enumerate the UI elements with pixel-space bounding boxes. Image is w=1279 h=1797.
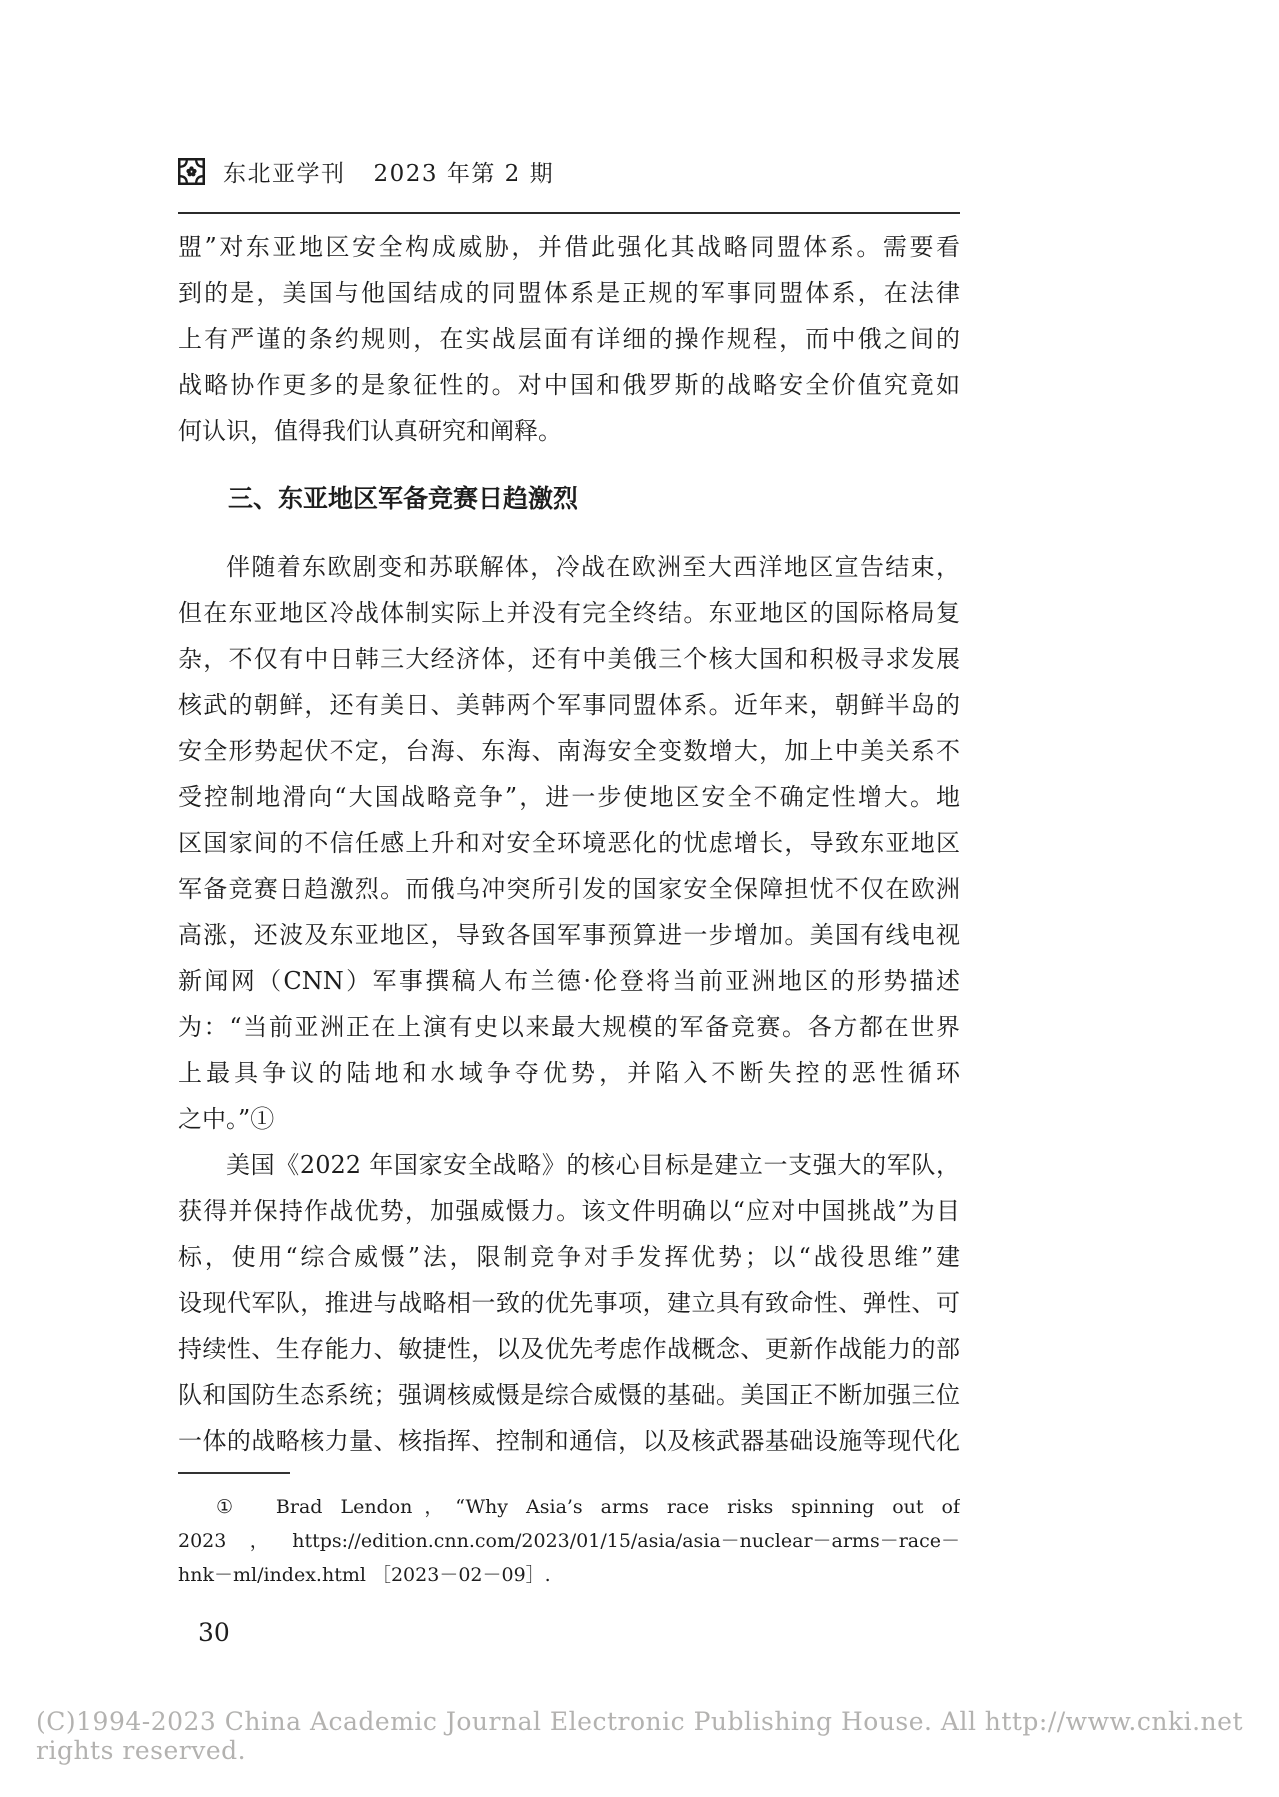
watermark-footer: (C)1994-2023 China Academic Journal Elec… <box>0 1707 1279 1765</box>
text-line: 何认识，值得我们认真研究和阐释。 <box>178 408 960 454</box>
text-line: 战略协作更多的是象征性的。对中国和俄罗斯的战略安全价值究竟如 <box>178 362 960 408</box>
paragraph-nss-2022: 美国《2022 年国家安全战略》的核心目标是建立一支强大的军队，获得并保持作战优… <box>178 1142 960 1464</box>
text-line: 新闻网（CNN）军事撰稿人布兰德·伦登将当前亚洲地区的形势描述 <box>178 958 960 1004</box>
copyright-text: (C)1994-2023 China Academic Journal Elec… <box>36 1707 985 1765</box>
text-line: 区国家间的不信任感上升和对安全环境恶化的忧虑增长，导致东亚地区 <box>178 820 960 866</box>
text-line: 核武的朝鲜，还有美日、美韩两个军事同盟体系。近年来，朝鲜半岛的 <box>178 682 960 728</box>
page-content: 东北亚学刊 2023 年第 2 期 盟”对东亚地区安全构成威胁，并借此强化其战略… <box>178 155 960 1647</box>
text-line: 伴随着东欧剧变和苏联解体，冷战在欧洲至大西洋地区宣告结束， <box>178 544 960 590</box>
text-line: 获得并保持作战优势，加强威慑力。该文件明确以“应对中国挑战”为目 <box>178 1188 960 1234</box>
footnote-separator <box>178 1472 290 1474</box>
text-line: 受控制地滑向“大国战略竞争”，进一步使地区安全不确定性增大。地 <box>178 774 960 820</box>
journal-issue: 2023 年第 2 期 <box>374 155 555 188</box>
lattice-seal-icon <box>178 158 205 185</box>
footnote-line: ① Brad Lendon，“Why Asia’s arms race risk… <box>178 1490 960 1524</box>
text-line: 军备竞赛日趋激烈。而俄乌冲突所引发的国家安全保障担忧不仅在欧洲 <box>178 866 960 912</box>
journal-name: 东北亚学刊 <box>223 155 346 188</box>
text-line: 高涨，还波及东亚地区，导致各国军事预算进一步增加。美国有线电视 <box>178 912 960 958</box>
text-line: 杂，不仅有中日韩三大经济体，还有中美俄三个核大国和积极寻求发展 <box>178 636 960 682</box>
text-line: 上有严谨的条约规则，在实战层面有详细的操作规程，而中俄之间的 <box>178 316 960 362</box>
text-line: 标，使用“综合威慑”法，限制竞争对手发挥优势；以“战役思维”建 <box>178 1234 960 1280</box>
journal-page: 东北亚学刊 2023 年第 2 期 盟”对东亚地区安全构成威胁，并借此强化其战略… <box>0 0 1279 1797</box>
footnote-line: 2023，https://edition.cnn.com/2023/01/15/… <box>178 1524 960 1558</box>
page-header: 东北亚学刊 2023 年第 2 期 <box>178 155 960 214</box>
text-line: 持续性、生存能力、敏捷性，以及优先考虑作战概念、更新作战能力的部 <box>178 1326 960 1372</box>
text-line: 队和国防生态系统；强调核威慑是综合威慑的基础。美国正不断加强三位 <box>178 1372 960 1418</box>
text-line: 一体的战略核力量、核指挥、控制和通信，以及核武器基础设施等现代化 <box>178 1418 960 1464</box>
section-heading: 三、东亚地区军备竞赛日趋激烈 <box>178 476 960 522</box>
paragraph-continuation: 盟”对东亚地区安全构成威胁，并借此强化其战略同盟体系。需要看到的是，美国与他国结… <box>178 224 960 454</box>
page-number: 30 <box>198 1618 960 1647</box>
text-line: 之中。”① <box>178 1096 960 1142</box>
text-line: 安全形势起伏不定，台海、东海、南海安全变数增大，加上中美关系不 <box>178 728 960 774</box>
text-line: 为：“当前亚洲正在上演有史以来最大规模的军备竞赛。各方都在世界 <box>178 1004 960 1050</box>
footnote: ① Brad Lendon，“Why Asia’s arms race risk… <box>178 1490 960 1592</box>
cnki-url: http://www.cnki.net <box>985 1707 1243 1736</box>
text-line: 美国《2022 年国家安全战略》的核心目标是建立一支强大的军队， <box>178 1142 960 1188</box>
text-line: 上最具争议的陆地和水域争夺优势，并陷入不断失控的恶性循环 <box>178 1050 960 1096</box>
paragraph-arms-race: 伴随着东欧剧变和苏联解体，冷战在欧洲至大西洋地区宣告结束，但在东亚地区冷战体制实… <box>178 544 960 1142</box>
text-line: 但在东亚地区冷战体制实际上并没有完全终结。东亚地区的国际格局复 <box>178 590 960 636</box>
journal-header: 东北亚学刊 2023 年第 2 期 <box>223 155 554 188</box>
footnote-line: hnk－ml/index.html ［2023－02－09］. <box>178 1558 960 1592</box>
text-line: 到的是，美国与他国结成的同盟体系是正规的军事同盟体系，在法律 <box>178 270 960 316</box>
text-line: 设现代军队，推进与战略相一致的优先事项，建立具有致命性、弹性、可 <box>178 1280 960 1326</box>
article-body: 盟”对东亚地区安全构成威胁，并借此强化其战略同盟体系。需要看到的是，美国与他国结… <box>178 224 960 1464</box>
text-line: 盟”对东亚地区安全构成威胁，并借此强化其战略同盟体系。需要看 <box>178 224 960 270</box>
